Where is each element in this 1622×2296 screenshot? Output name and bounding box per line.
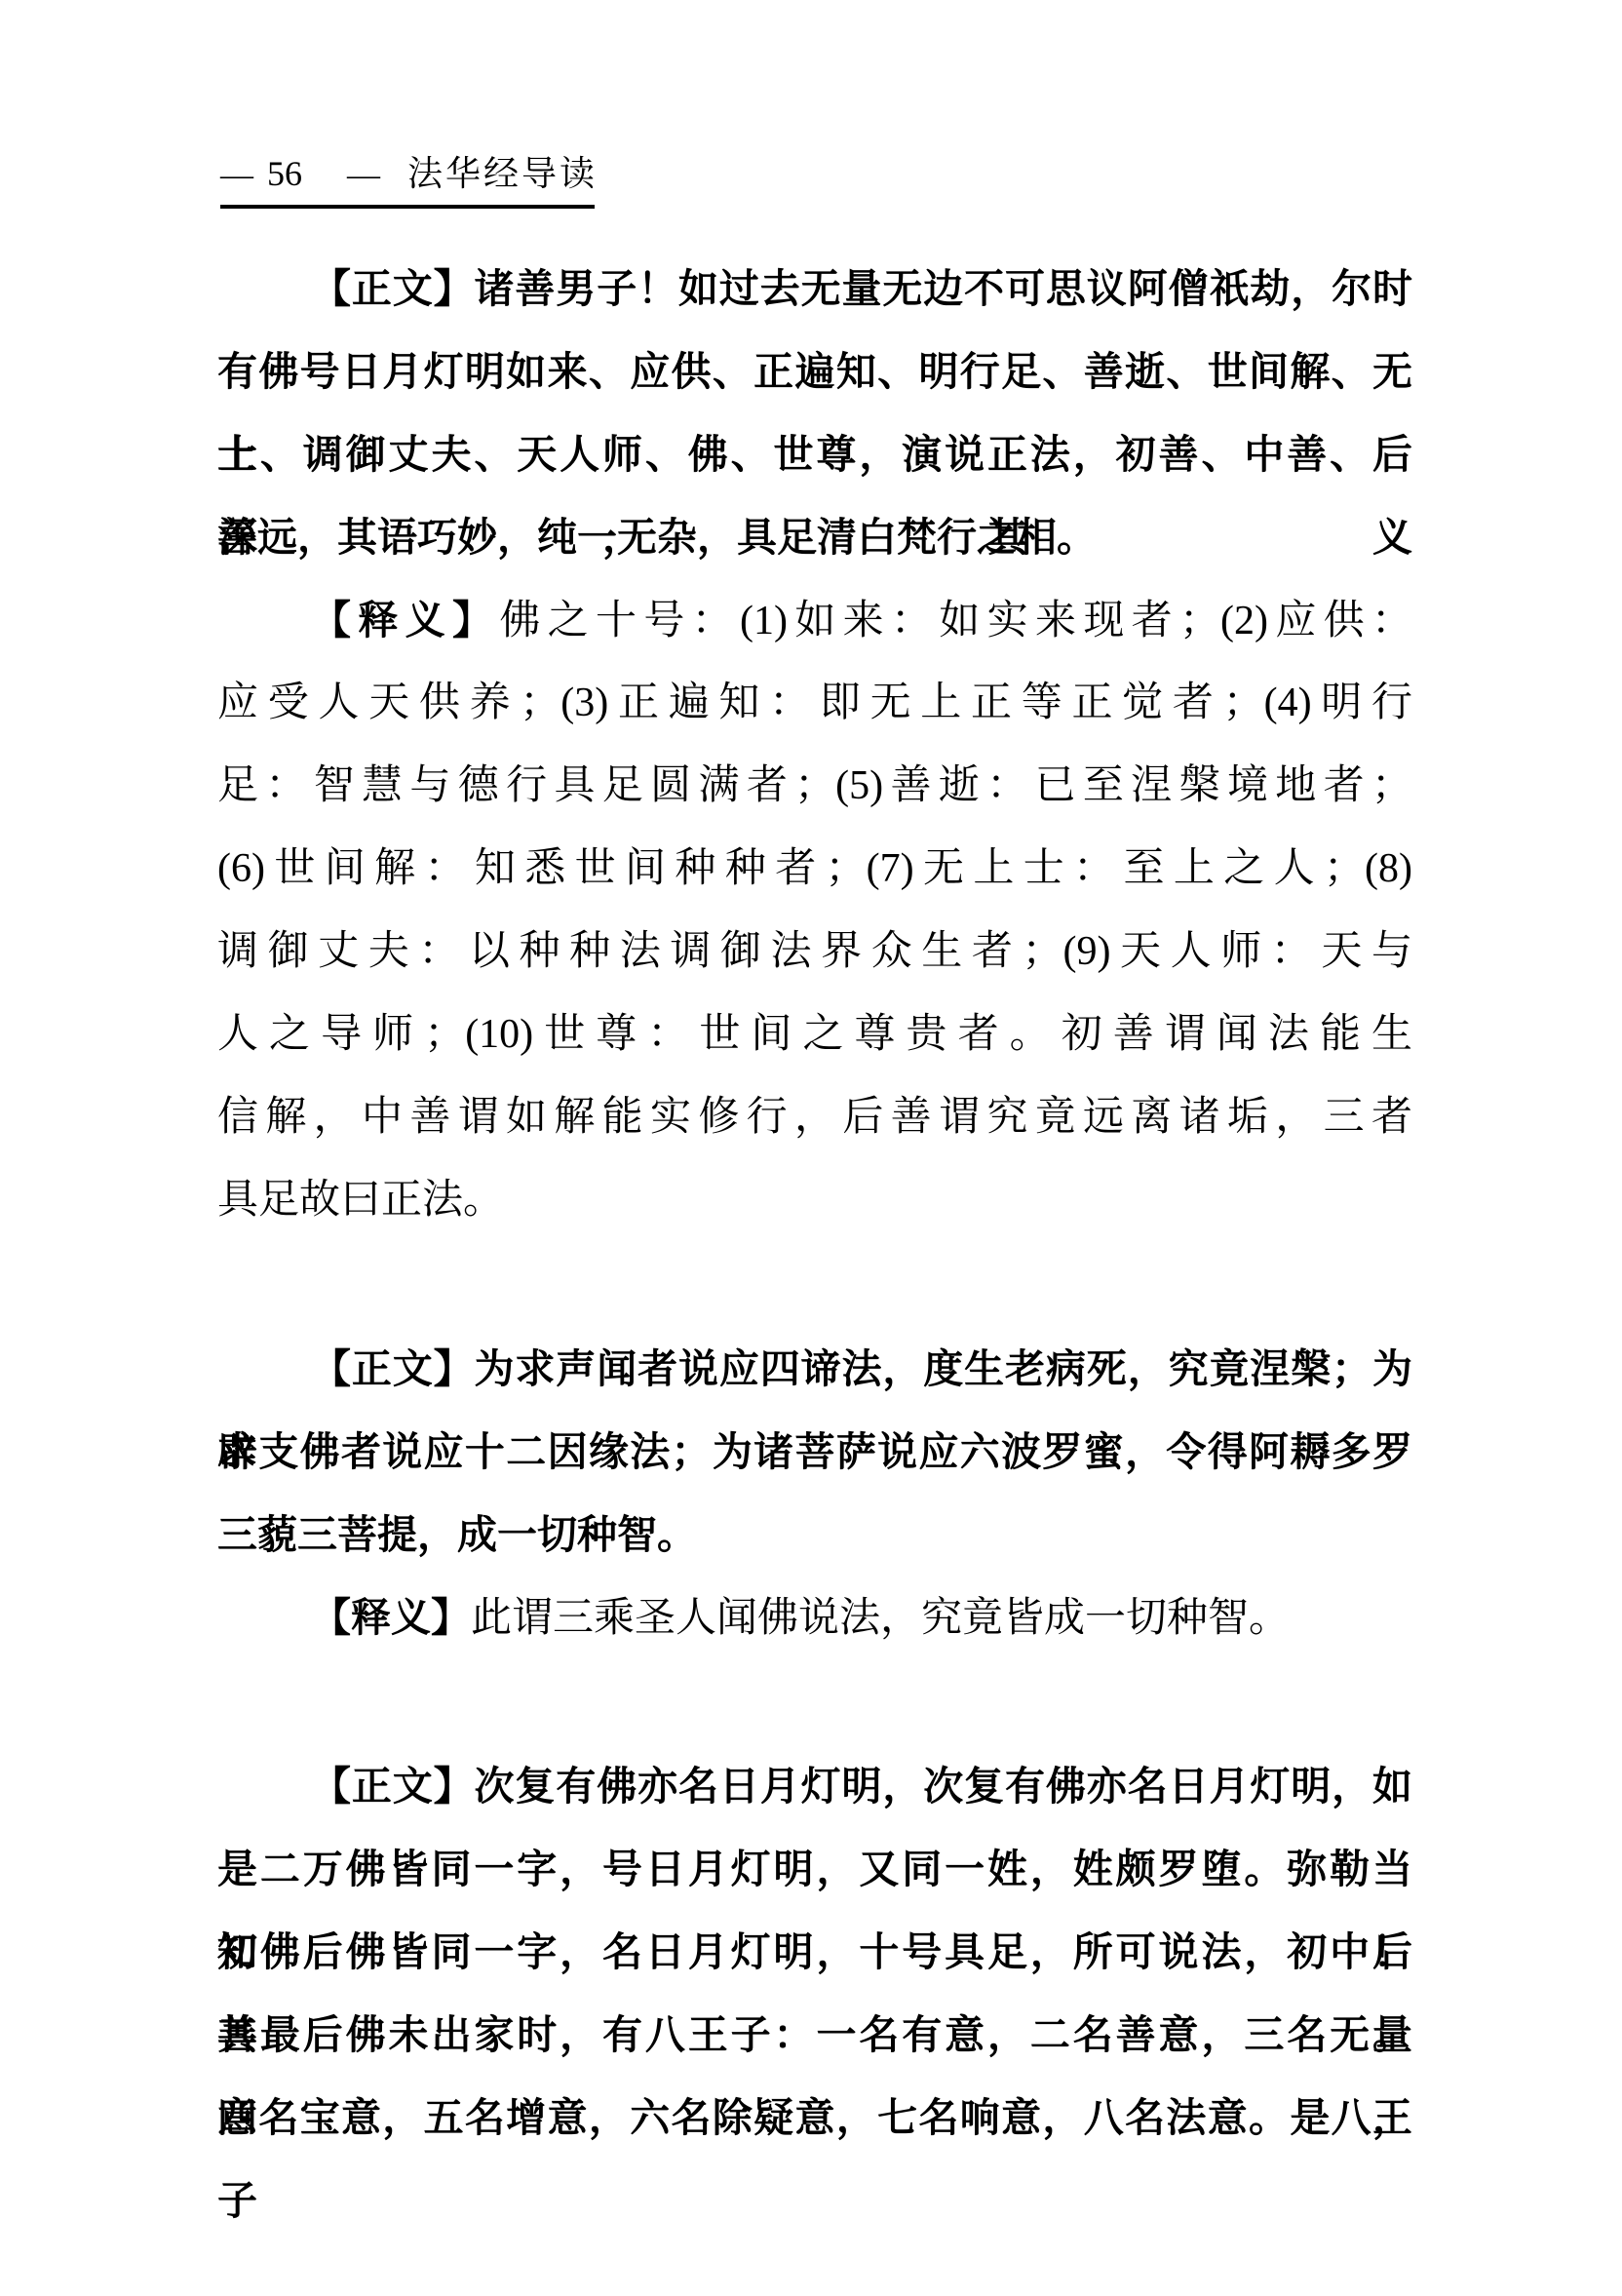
line-text: 调御丈夫：以种种法调御法界众生者；(9)天人师：天与 [217,929,1412,974]
text-line: 是二万佛皆同一字，号日月灯明，又同一姓，姓颇罗堕。弥勒当知！ [217,1828,1412,1911]
text-line: 有佛号日月灯明如来、应供、正遍知、明行足、善逝、世间解、无上 [217,331,1412,413]
line-text: 佛之十号：(1)如来：如实来现者；(2)应供： [499,599,1412,643]
text-line: 初佛后佛皆同一字，名日月灯明，十号具足，所可说法，初中后善。 [217,1911,1412,1994]
text-line: 调御丈夫：以种种法调御法界众生者；(9)天人师：天与 [217,911,1412,993]
paragraph-gap [217,1659,1412,1745]
header-dash-left: — [220,156,253,195]
text-line: 【释义】此谓三乘圣人闻佛说法，究竟皆成一切种智。 [217,1576,1412,1659]
text-line: 其最后佛未出家时，有八王子：一名有意，二名善意，三名无量意， [217,1994,1412,2077]
text-line: 【释义】佛之十号：(1)如来：如实来现者；(2)应供： [217,579,1412,662]
page-number: 56 [267,154,302,193]
section-label: 【释义】 [311,598,499,642]
paragraph-gap [217,1242,1412,1328]
text-line: 具足故曰正法。 [217,1159,1412,1242]
text-line: 人之导师；(10)世尊：世间之尊贵者。初善谓闻法能生 [217,993,1412,1076]
text-line: 三藐三菩提，成一切种智。 [217,1494,1412,1576]
text-line: 【正文】为求声闻者说应四谛法，度生老病死，究竟涅槃；为求 [217,1328,1412,1411]
text-line: 【正文】次复有佛亦名日月灯明，次复有佛亦名日月灯明，如 [217,1745,1412,1828]
text-line: (6)世间解：知悉世间种种者；(7)无上士：至上之人；(8) [217,828,1412,911]
section-label: 【释义】 [311,1595,471,1640]
line-text: 足：智慧与德行具足圆满者；(5)善逝：已至涅槃境地者； [217,763,1412,808]
page-body: 【正文】诸善男子！如过去无量无边不可思议阿僧祇劫，尔时有佛号日月灯明如来、应供、… [217,248,1412,2160]
line-text: 【正文】次复有佛亦名日月灯明，次复有佛亦名日月灯明，如 [311,1764,1412,1809]
book-title: 法华经导读 [407,154,598,193]
text-line: 信解，中善谓如解能实修行，后善谓究竟远离诸垢，三者 [217,1076,1412,1159]
line-text: 【正文】诸善男子！如过去无量无边不可思议阿僧祇劫，尔时 [311,266,1412,311]
line-text: 深远，其语巧妙，纯一无杂，具足清白梵行之相。 [217,515,1097,560]
header-dash-right: — [347,156,380,195]
line-text: 辟支佛者说应十二因缘法；为诸菩萨说应六波罗蜜，令得阿耨多罗 [217,1429,1412,1474]
line-text: (6)世间解：知悉世间种种者；(7)无上士：至上之人；(8) [217,846,1412,891]
text-line: 辟支佛者说应十二因缘法；为诸菩萨说应六波罗蜜，令得阿耨多罗 [217,1411,1412,1494]
text-line: 士、调御丈夫、天人师、佛、世尊，演说正法，初善、中善、后善，其义 [217,413,1412,496]
line-text: 具足故曰正法。 [217,1178,504,1223]
book-page: — 56 — 法华经导读 【正文】诸善男子！如过去无量无边不可思议阿僧祇劫，尔时… [0,0,1622,2296]
text-line: 应受人天供养；(3)正遍知：即无上正等正觉者；(4)明行 [217,662,1412,745]
line-text: 信解，中善谓如解能实修行，后善谓究竟远离诸垢，三者 [217,1095,1412,1140]
line-text: 三藐三菩提，成一切种智。 [217,1512,697,1557]
running-head: — 56 — 法华经导读 [220,154,595,209]
line-text: 四名宝意，五名增意，六名除疑意，七名响意，八名法意。是八王子 [217,2095,1412,2223]
text-line: 【正文】诸善男子！如过去无量无边不可思议阿僧祇劫，尔时 [217,248,1412,331]
text-line: 足：智慧与德行具足圆满者；(5)善逝：已至涅槃境地者； [217,745,1412,828]
line-text: 应受人天供养；(3)正遍知：即无上正等正觉者；(4)明行 [217,681,1412,725]
text-line: 四名宝意，五名增意，六名除疑意，七名响意，八名法意。是八王子 [217,2077,1412,2160]
page-header: — 56 — 法华经导读 [220,154,595,209]
line-text: 人之导师；(10)世尊：世间之尊贵者。初善谓闻法能生 [217,1012,1412,1057]
line-text: 此谓三乘圣人闻佛说法，究竟皆成一切种智。 [471,1596,1290,1641]
